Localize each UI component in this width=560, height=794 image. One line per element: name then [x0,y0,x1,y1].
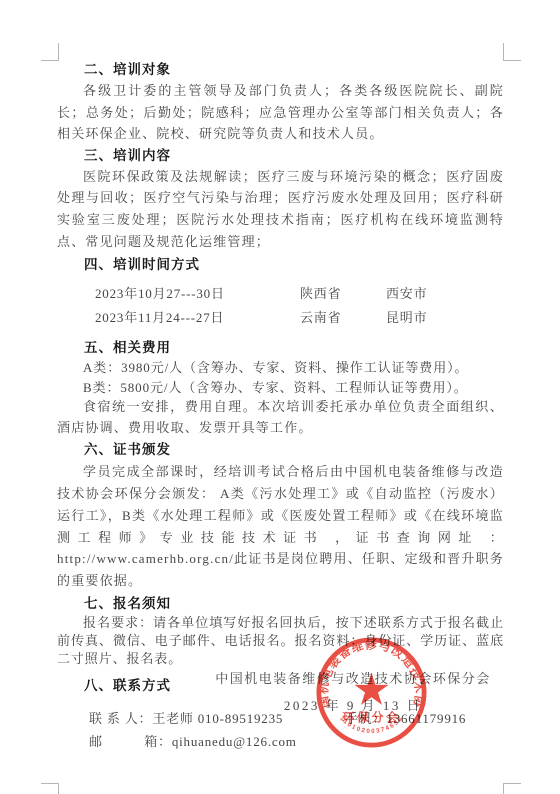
schedule-city: 昆明市 [386,306,427,330]
text-boundary-mark-bottom-right [503,783,521,794]
document-body: 二、培训对象 各级卫计委的主管领导及部门负责人；各类各级医院院长、副院长；总务处… [57,60,504,753]
section-heading-training-audience: 二、培训对象 [57,60,504,80]
schedule-date: 2023年10月27---30日 [95,282,300,306]
section-heading-certificate: 六、证书颁发 [57,440,504,460]
section-heading-training-content: 三、培训内容 [57,146,504,166]
text-boundary-mark-top-left [41,43,59,61]
contact-person-label: 联 系 人： [89,711,152,726]
section-heading-fees: 五、相关费用 [57,338,504,358]
paragraph-fee-note: 食宿统一安排，费用自理。本次培训委托承办单位负责全面组织、酒店协调、费用收取、发… [57,397,504,438]
signature-organization: 中国机电装备维修与改造技术协会环保分会 [153,668,553,687]
schedule-date: 2023年11月24---27日 [95,306,300,330]
signature-block: 中国机电装备维修与改造技术协会环保分会 2023 年 9 月 13 日 [153,668,553,714]
section-heading-registration: 七、报名须知 [57,594,504,614]
contact-email-value: qihuanedu@126.com [172,734,297,749]
paragraph-training-content: 医院环保政策及法规解读；医疗三废与环境污染的概念；医疗固废处理与回收；医疗空气污… [57,166,504,252]
schedule-row: 2023年11月24---27日 云南省 昆明市 [57,306,504,330]
contact-email-label: 邮 箱： [89,734,172,749]
paragraph-training-audience: 各级卫计委的主管领导及部门负责人；各类各级医院院长、副院长；总务处；后勤处；院感… [57,80,504,145]
schedule-city: 西安市 [386,282,427,306]
section-heading-training-schedule: 四、培训时间方式 [57,255,504,275]
fee-class-a: A类：3980元/人（含筹办、专家、资料、操作工认证等费用）。 [57,358,504,378]
contact-email: 邮 箱：qihuanedu@126.com [89,730,297,753]
text-boundary-mark-bottom-left [41,783,59,794]
schedule-province: 陕西省 [300,282,366,306]
schedule-row: 2023年10月27---30日 陕西省 西安市 [57,282,504,306]
fee-class-b: B类：5800元/人（含筹办、专家、资料、工程师认证等费用）。 [57,378,504,398]
document-page: 二、培训对象 各级卫计委的主管领导及部门负责人；各类各级医院院长、副院长；总务处… [0,0,560,794]
schedule-province: 云南省 [300,306,366,330]
paragraph-registration: 报名要求：请各单位填写好报名回执后，按下述联系方式于报名截止前传真、微信、电子邮… [57,614,504,669]
paragraph-certificate: 学员完成全部课时，经培训考试合格后由中国机电装备维修与改造技术协会环保分会颁发：… [57,461,504,592]
text-boundary-mark-top-right [503,43,521,61]
contact-line-email: 邮 箱：qihuanedu@126.com [57,730,504,753]
signature-date: 2023 年 9 月 13 日 [153,695,553,714]
